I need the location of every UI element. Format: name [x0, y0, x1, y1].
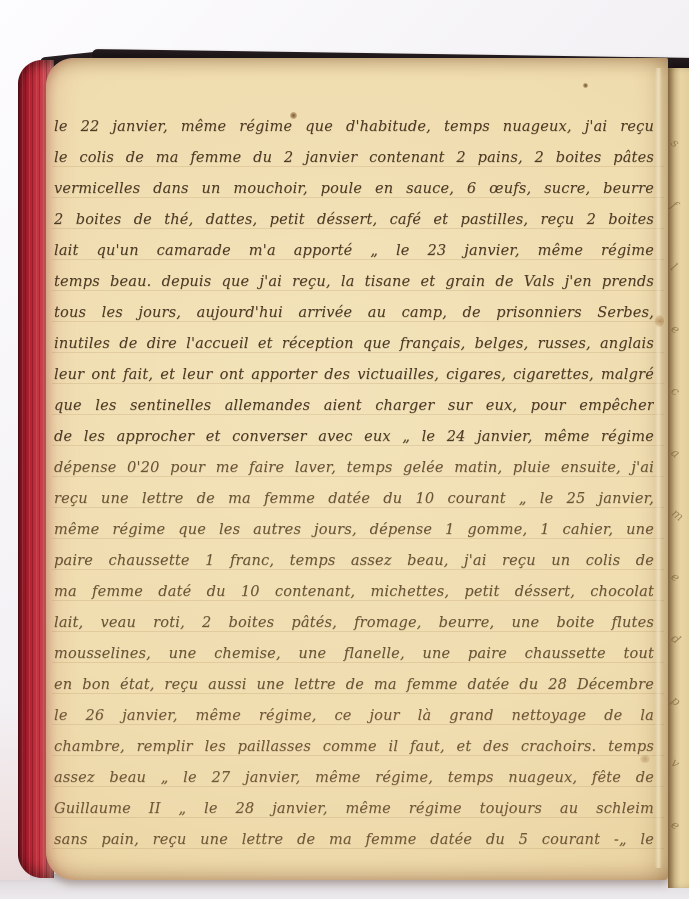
diary-line: vermicelles dans un mouchoir, poule en s…	[54, 174, 654, 205]
diary-line: le colis de ma femme du 2 janvier conten…	[54, 143, 654, 174]
diary-line: que les sentinelles allemandes aient cha…	[54, 391, 654, 422]
next-page-text-fragment: v	[668, 755, 682, 770]
next-page-text-fragment: p	[669, 693, 684, 709]
diary-line: dépense 0'20 pour me faire laver, temps …	[54, 453, 654, 484]
diary-line: chambre, remplir les paillasses comme il…	[54, 732, 654, 763]
diary-line: sans pain, reçu une lettre de ma femme d…	[54, 825, 654, 856]
diary-line: leur ont fait, et leur ont apporter des …	[54, 360, 654, 391]
diary-line: de les approcher et converser avec eux „…	[54, 422, 654, 453]
next-page-text-fragment: f	[668, 198, 680, 212]
diary-page: le 22 janvier, même régime que d'habitud…	[46, 58, 668, 880]
diary-line: lait qu'un camarade m'a apporté „ le 23 …	[54, 236, 654, 267]
diary-line: tous les jours, aujourd'hui arrivée au c…	[54, 298, 654, 329]
diary-line: le 22 janvier, même régime que d'habitud…	[54, 112, 654, 143]
diary-line: reçu une lettre de ma femme datée du 10 …	[54, 484, 654, 515]
diary-line: temps beau. depuis que j'ai reçu, la tis…	[54, 267, 654, 298]
diary-line: assez beau „ le 27 janvier, même régime,…	[54, 763, 654, 794]
scanned-notebook-photo: le 22 janvier, même régime que d'habitud…	[0, 0, 689, 899]
page-curl-highlight	[655, 68, 662, 868]
next-page-text-fragment: e	[668, 817, 682, 832]
next-page-text-fragment: s	[668, 136, 681, 151]
next-page-text-fragment: e	[668, 321, 682, 336]
diary-line: lait, veau roti, 2 boites pâtés, fromage…	[54, 608, 654, 639]
next-page-text-fragment: c	[668, 383, 682, 398]
diary-line: le 26 janvier, même régime, ce jour là g…	[54, 701, 654, 732]
next-page-text-fragment: d	[669, 631, 684, 647]
next-page-text-fragment: m	[669, 506, 687, 524]
diary-line: inutiles de dire l'accueil et réception …	[54, 329, 654, 360]
diary-line: 2 boites de thé, dattes, petit déssert, …	[54, 205, 654, 236]
diary-line: en bon état, reçu aussi une lettre de ma…	[54, 670, 654, 701]
diary-line: ma femme daté du 10 contenant, michettes…	[54, 577, 654, 608]
next-page-text-fragment: e	[668, 569, 682, 584]
diary-line: Guillaume II „ le 28 janvier, même régim…	[54, 794, 654, 825]
next-page-text-fragment: l	[668, 260, 680, 273]
diary-line: même régime que les autres jours, dépens…	[54, 515, 654, 546]
next-page-edge: s f l e c a m e d p v e	[668, 68, 689, 888]
diary-line: mousselines, une chemise, une flanelle, …	[54, 639, 654, 670]
diary-handwriting: le 22 janvier, même régime que d'habitud…	[54, 112, 654, 858]
diary-line: paire chaussette 1 franc, temps assez be…	[54, 546, 654, 577]
next-page-text-fragment: a	[668, 445, 682, 460]
